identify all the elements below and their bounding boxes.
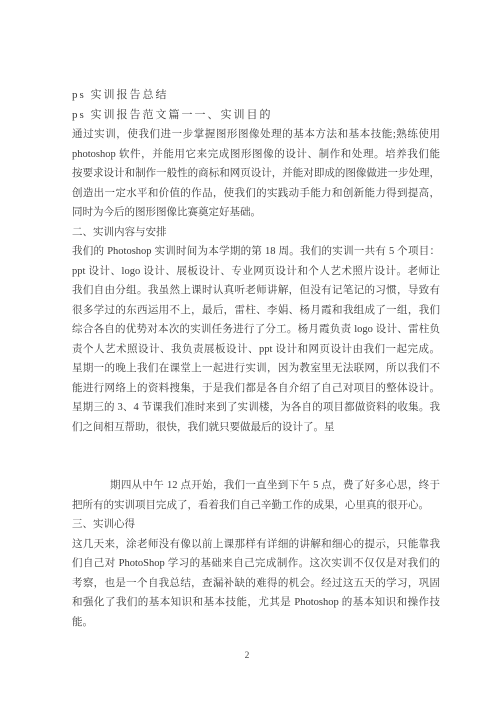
- doc-subtitle-line: ps 实训报告范文篇一一、实训目的: [72, 106, 440, 126]
- text-line: 我们的 Photoshop 实训时间为本学期的第 18 周。我们的实训一共有 5…: [72, 242, 440, 262]
- text-line: photoshop 软件，并能用它来完成图形图像的设计、制作和处理。培养我们能: [72, 145, 440, 165]
- text-line: 综合各自的优势对本次的实训任务进行了分工。杨月霞负责 logo 设计、雷柱负: [72, 320, 440, 340]
- text-line: 很多学过的东西运用不上，最后，雷柱、李娟、杨月霞和我组成了一组，我们: [72, 301, 440, 321]
- text-line: 同时为今后的图形图像比赛奠定好基础。: [72, 203, 440, 223]
- text-line: 期四从中午 12 点开始，我们一直坐到下午 5 点，费了好多心思，终于: [72, 476, 440, 496]
- text-line: 按要求设计和制作一般性的商标和网页设计，并能对即成的图像做进一步处理，: [72, 164, 440, 184]
- doc-title-line: ps 实训报告总结: [72, 86, 440, 106]
- text-line: 和强化了我们的基本知识和基本技能，尤其是 Photoshop 的基本知识和操作技: [72, 593, 440, 613]
- text-line: 这几天来，涂老师没有像以前上课那样有详细的讲解和细心的提示，只能靠我: [72, 535, 440, 555]
- text-line: 通过实训，使我们进一步掌握图形图像处理的基本方法和基本技能;熟练使用: [72, 125, 440, 145]
- text-line: 星期一的晚上我们在课堂上一起进行实训，因为教室里无法联网，所以我们不: [72, 359, 440, 379]
- text-line: 创造出一定水平和价值的作品，使我们的实践动手能力和创新能力得到提高，: [72, 184, 440, 204]
- text-line: 能进行网络上的资料搜集，于是我们都是各自介绍了自己对项目的整体设计。: [72, 379, 440, 399]
- document-page: ps 实训报告总结 ps 实训报告范文篇一一、实训目的 通过实训，使我们进一步掌…: [0, 0, 500, 708]
- text-line: 们之间相互帮助，很快，我们就只要做最后的设计了。星: [72, 418, 440, 438]
- text-line: 责个人艺术照设计、我负责展板设计、ppt 设计和网页设计由我们一起完成。: [72, 340, 440, 360]
- text-line: 们自己对 PhotoShop 学习的基础来自己完成制作。这次实训不仅仅是对我们的: [72, 554, 440, 574]
- text-line: 我们自由分组。我虽然上课时认真听老师讲解，但没有记笔记的习惯，导致有: [72, 281, 440, 301]
- text-line: 考察，也是一个自我总结，查漏补缺的难得的机会。经过这五天的学习，巩固: [72, 574, 440, 594]
- section-heading-line: 三、实训心得: [72, 515, 440, 535]
- text-line: 能。: [72, 613, 440, 633]
- text-line: 把所有的实训项目完成了，看着我们自己辛勤工作的成果，心里真的很开心。: [72, 496, 440, 516]
- page-number: 2: [0, 649, 494, 663]
- text-line: ppt 设计、logo 设计、展板设计、专业网页设计和个人艺术照片设计。老师让: [72, 262, 440, 282]
- section-heading-line: 二、实训内容与安排: [72, 223, 440, 243]
- text-block: ps 实训报告总结 ps 实训报告范文篇一一、实训目的 通过实训，使我们进一步掌…: [72, 86, 440, 632]
- text-line: 星期三的 3、4 节课我们准时来到了实训楼，为各自的项目都做资料的收集。我: [72, 398, 440, 418]
